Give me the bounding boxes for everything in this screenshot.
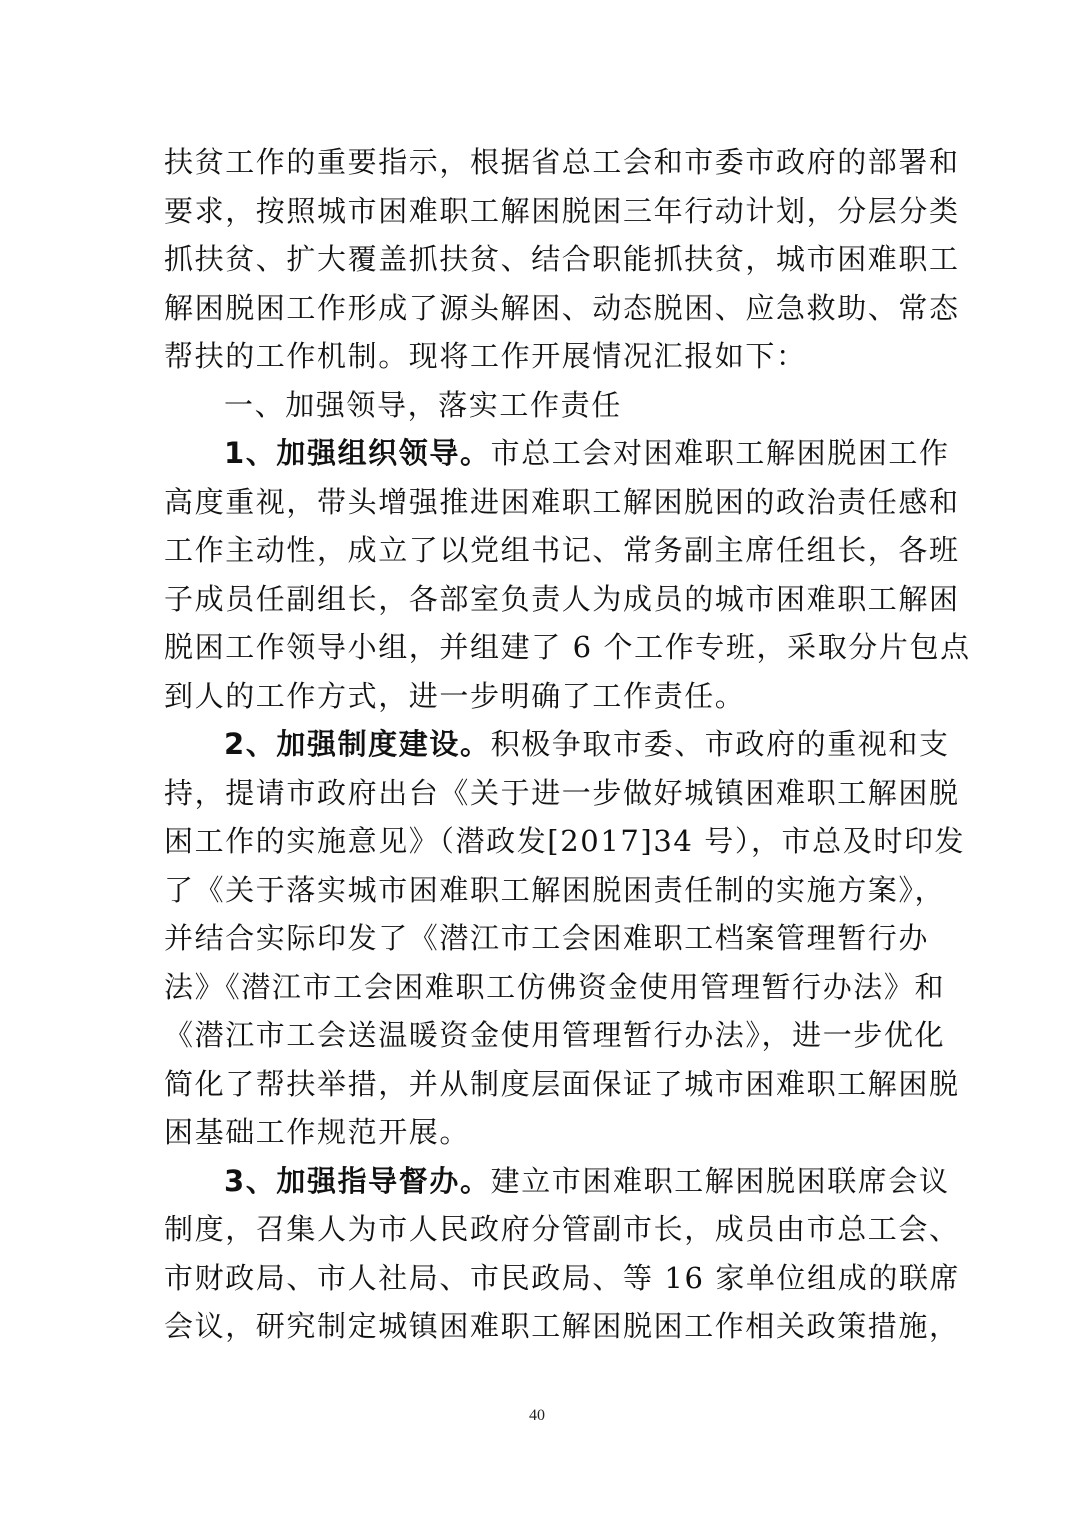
page-number: 40: [0, 1407, 1074, 1425]
paragraph-line: 子成员任副组长，各部室负责人为成员的城市困难职工解困: [164, 575, 914, 624]
item-1-title: 1、加强组织领导。: [224, 436, 491, 470]
paragraph-line: 法》《潜江市工会困难职工仿佛资金使用管理暂行办法》和: [164, 963, 914, 1012]
item-3-first-line: 3、加强指导督办。建立市困难职工解困脱困联席会议: [164, 1157, 914, 1206]
paragraph-line: 了《关于落实城市困难职工解困脱困责任制的实施方案》，: [164, 866, 914, 915]
document-page: 扶贫工作的重要指示，根据省总工会和市委市政府的部署和 要求，按照城市困难职工解困…: [164, 138, 914, 1351]
paragraph-line: 扶贫工作的重要指示，根据省总工会和市委市政府的部署和: [164, 138, 914, 187]
item-2-lead: 积极争取市委、市政府的重视和支: [491, 727, 950, 761]
paragraph-line: 帮扶的工作机制。现将工作开展情况汇报如下：: [164, 332, 914, 381]
paragraph-line: 简化了帮扶举措，并从制度层面保证了城市困难职工解困脱: [164, 1060, 914, 1109]
paragraph-line: 持，提请市政府出台《关于进一步做好城镇困难职工解困脱: [164, 769, 914, 818]
paragraph-line: 制度，召集人为市人民政府分管副市长，成员由市总工会、: [164, 1205, 914, 1254]
item-3-lead: 建立市困难职工解困脱困联席会议: [491, 1164, 950, 1198]
paragraph-line: 工作主动性，成立了以党组书记、常务副主席任组长，各班: [164, 526, 914, 575]
paragraph-line: 《潜江市工会送温暖资金使用管理暂行办法》，进一步优化: [164, 1011, 914, 1060]
paragraph-line: 要求，按照城市困难职工解困脱困三年行动计划，分层分类: [164, 187, 914, 236]
paragraph-line: 脱困工作领导小组，并组建了 6 个工作专班，采取分片包点: [164, 623, 914, 672]
paragraph-line: 抓扶贫、扩大覆盖抓扶贫、结合职能抓扶贫，城市困难职工: [164, 235, 914, 284]
item-2-first-line: 2、加强制度建设。积极争取市委、市政府的重视和支: [164, 720, 914, 769]
paragraph-line: 市财政局、市人社局、市民政局、等 16 家单位组成的联席: [164, 1254, 914, 1303]
paragraph-line: 会议，研究制定城镇困难职工解困脱困工作相关政策措施，: [164, 1302, 914, 1351]
paragraph-line: 并结合实际印发了《潜江市工会困难职工档案管理暂行办: [164, 914, 914, 963]
paragraph-line: 困基础工作规范开展。: [164, 1108, 914, 1157]
paragraph-line: 困工作的实施意见》（潜政发[2017]34 号），市总及时印发: [164, 817, 914, 866]
item-3-title: 3、加强指导督办。: [224, 1164, 491, 1198]
item-1-lead: 市总工会对困难职工解困脱困工作: [491, 436, 950, 470]
section-heading: 一、加强领导，落实工作责任: [164, 381, 914, 430]
item-2-title: 2、加强制度建设。: [224, 727, 491, 761]
item-1-first-line: 1、加强组织领导。市总工会对困难职工解困脱困工作: [164, 429, 914, 478]
paragraph-line: 到人的工作方式，进一步明确了工作责任。: [164, 672, 914, 721]
paragraph-line: 解困脱困工作形成了源头解困、动态脱困、应急救助、常态: [164, 284, 914, 333]
paragraph-line: 高度重视，带头增强推进困难职工解困脱困的政治责任感和: [164, 478, 914, 527]
